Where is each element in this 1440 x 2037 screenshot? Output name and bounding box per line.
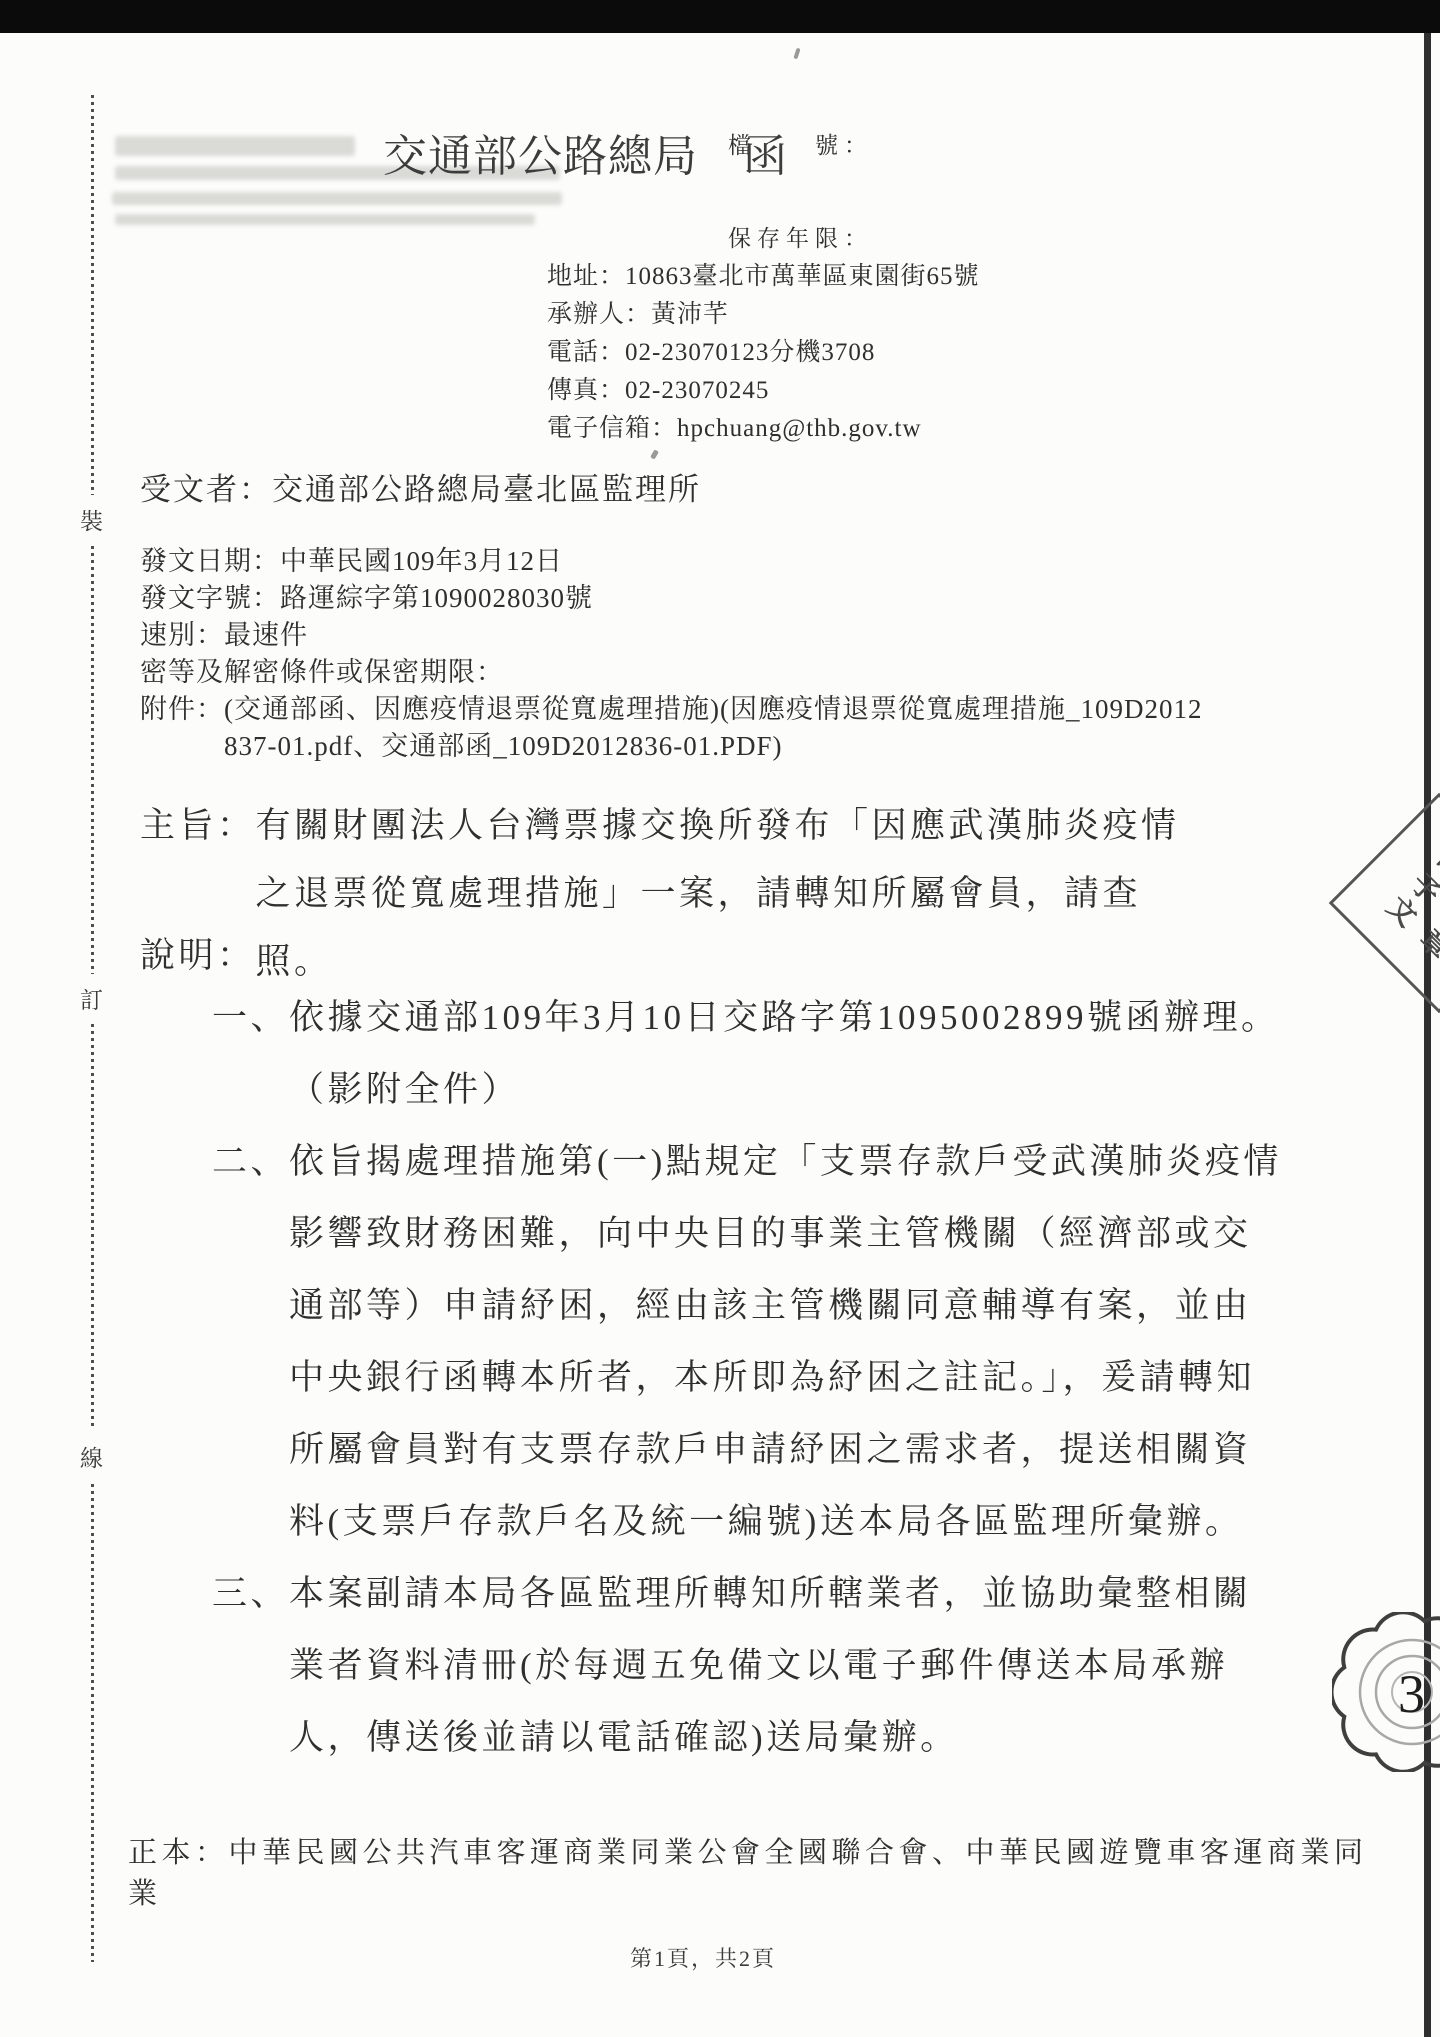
scanned-official-letter-page: 檔 號： 保存年限： 交通部公路總局 函 地址：10863臺北市萬華區東園街65… [0, 0, 1440, 2037]
binding-dotted-line [91, 546, 94, 974]
item-1-number: 一、 [212, 982, 289, 1126]
attachment-line-1: (交通部函、因應疫情退票從寬處理措施)(因應疫情退票從寬處理措施_109D201… [224, 691, 1234, 728]
binding-dotted-line [91, 1484, 94, 1962]
explanation-label: 說明： [140, 928, 256, 978]
sender-contact-block: 地址：10863臺北市萬華區東園街65號 承辦人：黃沛芊 電話：02-23070… [547, 258, 980, 448]
item-3: 三、 本案副請本局各區監理所轉知所轄業者，並協助彙整相關業者資料清冊(於每週五免… [212, 1558, 1284, 1774]
scan-speck [793, 48, 800, 60]
sender-address: 地址：10863臺北市萬華區東園街65號 [547, 258, 980, 296]
subject-row: 主旨： 有關財團法人台灣票據交換所發布「因應武漢肺炎疫情之退票從寬處理措施」一案… [140, 792, 1201, 996]
page-number-footer: 第1頁，共2頁 [630, 1942, 776, 1973]
bleed-through-text [112, 192, 562, 205]
explanation-items: 一、 依據交通部109年3月10日交路字第1095002899號函辦理。（影附全… [212, 982, 1284, 1774]
sender-fax: 傳真：02-23070245 [547, 372, 980, 410]
binding-dotted-line [91, 1024, 94, 1430]
issue-date: 發文日期：中華民國109年3月12日 [140, 543, 1234, 580]
retention-label: 保存年限： [728, 223, 873, 254]
binding-mark-ding: 訂 [80, 982, 103, 1015]
bleed-through-text [115, 136, 355, 156]
sender-contact-person: 承辦人：黃沛芊 [547, 296, 980, 334]
item-3-number: 三、 [212, 1558, 289, 1774]
seam-seal-stamp: 電子文 騎縫章 [1329, 793, 1440, 1014]
scan-speck [650, 449, 659, 459]
meta-block: 發文日期：中華民國109年3月12日 發文字號：路運綜字第1090028030號… [140, 543, 1234, 765]
item-2: 二、 依旨揭處理措施第(一)點規定「支票存款戶受武漢肺炎疫情影響致財務困難，向中… [212, 1126, 1284, 1558]
bleed-through-text [115, 214, 535, 225]
item-1-text: 依據交通部109年3月10日交路字第1095002899號函辦理。（影附全件） [289, 982, 1284, 1126]
recipient-line: 受文者：交通部公路總局臺北區監理所 [140, 464, 701, 509]
sender-email: 電子信箱：hpchuang@thb.gov.tw [547, 410, 980, 448]
scan-top-border [0, 0, 1440, 33]
priority: 速別：最速件 [140, 617, 1234, 654]
security-level: 密等及解密條件或保密期限： [140, 654, 1234, 691]
attachment-row: 附件： (交通部函、因應疫情退票從寬處理措施)(因應疫情退票從寬處理措施_109… [140, 691, 1234, 765]
subject-text: 有關財團法人台灣票據交換所發布「因應武漢肺炎疫情之退票從寬處理措施」一案，請轉知… [256, 792, 1201, 996]
issue-number: 發文字號：路運綜字第1090028030號 [140, 580, 1234, 617]
attachment-line-2: 837-01.pdf、交通部函_109D2012836-01.PDF) [224, 728, 1234, 765]
item-1: 一、 依據交通部109年3月10日交路字第1095002899號函辦理。（影附全… [212, 982, 1284, 1126]
item-3-text: 本案副請本局各區監理所轉知所轄業者，並協助彙整相關業者資料清冊(於每週五免備文以… [289, 1558, 1284, 1774]
seal-page-number: 3 [1398, 1664, 1425, 1724]
item-2-text: 依旨揭處理措施第(一)點規定「支票存款戶受武漢肺炎疫情影響致財務困難，向中央目的… [289, 1126, 1284, 1558]
binding-mark-xian: 線 [80, 1440, 103, 1473]
binding-dotted-line [91, 95, 94, 495]
original-recipients-line: 正本：中華民國公共汽車客運商業同業公會全國聯合會、中華民國遊覽車客運商業同業 [128, 1830, 1398, 1912]
sender-phone: 電話：02-23070123分機3708 [547, 334, 980, 372]
item-2-number: 二、 [212, 1126, 289, 1558]
page-corner-seal: 3 [1332, 1612, 1440, 1772]
binding-mark-zhuang: 裝 [80, 503, 103, 536]
attachment-label: 附件： [140, 691, 224, 765]
attachment-body: (交通部函、因應疫情退票從寬處理措施)(因應疫情退票從寬處理措施_109D201… [224, 691, 1234, 765]
document-title: 交通部公路總局 函 [383, 120, 788, 184]
